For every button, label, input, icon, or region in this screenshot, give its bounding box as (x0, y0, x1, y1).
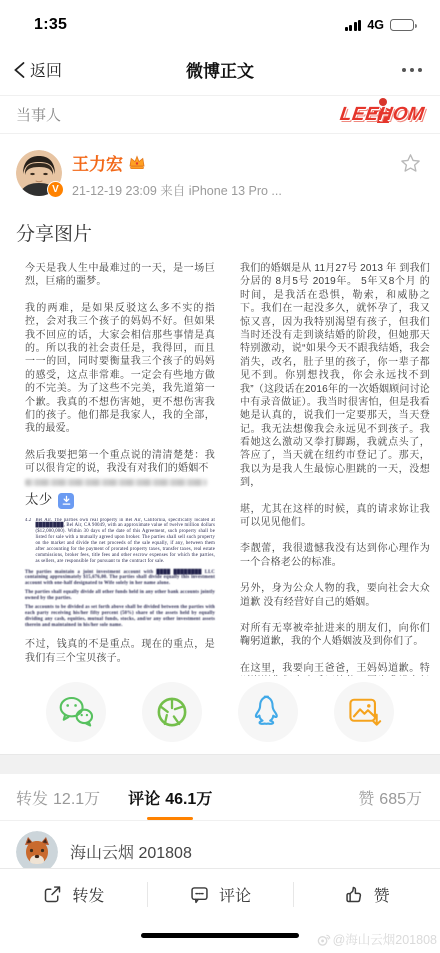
comment-label: 评论 (219, 883, 251, 906)
letter-paragraph: 我们的婚姻是从 11月27号 2013 年 到我们分居的 8月5号 2019年。… (240, 262, 430, 490)
qq-icon (247, 691, 289, 733)
clause-text: Bel Air. The parties own real property i… (35, 518, 215, 565)
active-tab-indicator (147, 817, 193, 821)
clause-text: The parties shall equally divide all oth… (25, 590, 215, 602)
comment-button[interactable]: 评论 (147, 869, 294, 920)
repost-icon (42, 884, 63, 905)
back-button[interactable]: 返回 (12, 58, 62, 81)
comment-item: 海山云烟 201808 (0, 821, 440, 868)
party-bar: 当事人 LEEHOM (0, 96, 440, 134)
network-type: 4G (367, 18, 384, 32)
legal-document-excerpt-2: The parties maintain a joint investment … (25, 570, 215, 629)
truncated-text: 太少 (25, 491, 52, 509)
watermark-text: @海山云烟201808 (333, 930, 437, 948)
repost-count: 12.1万 (53, 786, 100, 809)
fox-avatar-photo (16, 831, 58, 868)
image-watermark: @海山云烟201808 (316, 930, 437, 948)
share-moments-button[interactable] (142, 682, 202, 742)
tab-label: 转发 (16, 786, 48, 809)
letter-paragraph: 另外，身为公众人物的我，要向社会大众道歉 没有经营好自己的婚姻。 (240, 582, 430, 609)
save-image-icon (343, 691, 385, 733)
post-timestamp: 21-12-19 23:09 来自 iPhone 13 Pro ... (72, 181, 397, 199)
comment-count: 46.1万 (165, 786, 212, 809)
letter-paragraph: 在这里，我要向王爸爸，王妈妈道歉。特别谢谢您们昨晚手写的信，因为我没有经营好自己… (240, 662, 430, 676)
author-card: V 王力宏 21-12-19 23:09 来自 iPhone 13 Pro ..… (0, 134, 440, 199)
letter-paragraph: 李靓蕾，我很遗憾我没有达到你心理作为一个合格老公的标准。 (240, 542, 430, 569)
letter-paragraph: 堪，尤其在这样的时候，真的请求妳让我可以见见他们。 (240, 503, 430, 530)
share-qq-button[interactable] (238, 682, 298, 742)
nav-bar: 返回 微博正文 (0, 44, 440, 96)
letter-paragraph: 我的两难，是如果反驳这么多不实的指控，会对我三个孩子的妈妈不好。但如果我不回应的… (25, 302, 215, 436)
page-title: 微博正文 (186, 57, 254, 82)
star-icon (399, 152, 422, 175)
more-button[interactable] (400, 62, 424, 78)
leehom-badge: LEEHOM (304, 98, 424, 132)
clause-text: The parties maintain a joint investment … (25, 570, 215, 588)
tab-reposts[interactable]: 转发 12.1万 (16, 774, 100, 820)
section-divider (0, 754, 440, 774)
moments-icon (151, 691, 193, 733)
share-save-image-button[interactable] (334, 682, 394, 742)
membership-crown-icon (128, 155, 146, 170)
commenter-name[interactable]: 海山云烟 201808 (70, 840, 192, 863)
author-avatar[interactable]: V (16, 150, 62, 196)
leehom-badge-text: LEEHOM (338, 104, 425, 126)
share-row (0, 676, 440, 754)
letter-paragraph: 对所有无辜被牵扯进来的朋友们，向你们鞠躬道歉，我的个人婚姻波及到你们了。 (240, 622, 430, 649)
like-label: 赞 (374, 883, 390, 906)
post-image-letter[interactable]: 今天是我人生中最难过的一天，是一场巨烈，巨痛的噩梦。 我的两难，是如果反驳这么多… (0, 256, 440, 676)
like-count: 685万 (379, 786, 422, 809)
weibo-post-page: 1:35 4G 返回 微博正文 当事人 LEEHOM (0, 0, 440, 953)
chevron-left-icon (12, 61, 28, 79)
cellular-signal-icon (345, 20, 362, 31)
truncated-text-row: 太少 (25, 491, 215, 509)
download-icon (58, 493, 74, 509)
blurred-text-line (25, 479, 207, 486)
commenter-avatar[interactable] (16, 831, 58, 868)
clause-number: 4.2 (25, 518, 31, 565)
favorite-button[interactable] (397, 150, 424, 182)
tab-likes[interactable]: 赞 685万 (358, 774, 422, 820)
status-bar: 1:35 4G (0, 0, 440, 44)
legal-document-excerpt: 4.2 Bel Air. The parties own real proper… (25, 518, 215, 629)
thumbs-up-icon (344, 884, 365, 905)
letter-paragraph: 今天是我人生中最难过的一天，是一场巨烈，巨痛的噩梦。 (25, 262, 215, 289)
letter-left-column: 今天是我人生中最难过的一天，是一场巨烈，巨痛的噩梦。 我的两难，是如果反驳这么多… (25, 262, 215, 676)
letter-paragraph: 不过，钱真的不是重点。现在的重点，是我们有三个宝贝孩子。 (25, 638, 215, 665)
back-label: 返回 (30, 58, 62, 81)
post-text: 分享图片 (16, 219, 424, 246)
bottom-action-bar: 转发 评论 赞 (0, 868, 440, 920)
repost-label: 转发 (72, 883, 104, 906)
home-indicator[interactable] (141, 933, 299, 938)
letter-paragraph: 然后我要把第一个重点说的清清楚楚：我可以很肯定的说，我没有对我们的婚姻不 (25, 449, 215, 476)
tab-comments[interactable]: 评论 46.1万 (128, 774, 212, 820)
comment-icon (189, 884, 210, 905)
tab-party[interactable]: 当事人 (16, 104, 61, 125)
clause-text: The accounts to be divided as set forth … (25, 605, 215, 629)
battery-icon (390, 19, 414, 31)
tab-label: 赞 (358, 786, 374, 809)
clock: 1:35 (34, 16, 67, 34)
like-button[interactable]: 赞 (293, 869, 440, 920)
wechat-icon (55, 691, 97, 733)
bottom-area: @海山云烟201808 (0, 920, 440, 953)
letter-right-column: 我们的婚姻是从 11月27号 2013 年 到我们分居的 8月5号 2019年。… (240, 262, 430, 676)
share-wechat-button[interactable] (46, 682, 106, 742)
author-name[interactable]: 王力宏 (72, 150, 123, 175)
stats-tab-bar: 转发 12.1万 评论 46.1万 赞 685万 (0, 774, 440, 821)
tab-label: 评论 (128, 786, 160, 809)
weibo-eye-icon (316, 932, 331, 947)
verified-badge-icon: V (47, 181, 64, 198)
repost-button[interactable]: 转发 (0, 869, 147, 920)
